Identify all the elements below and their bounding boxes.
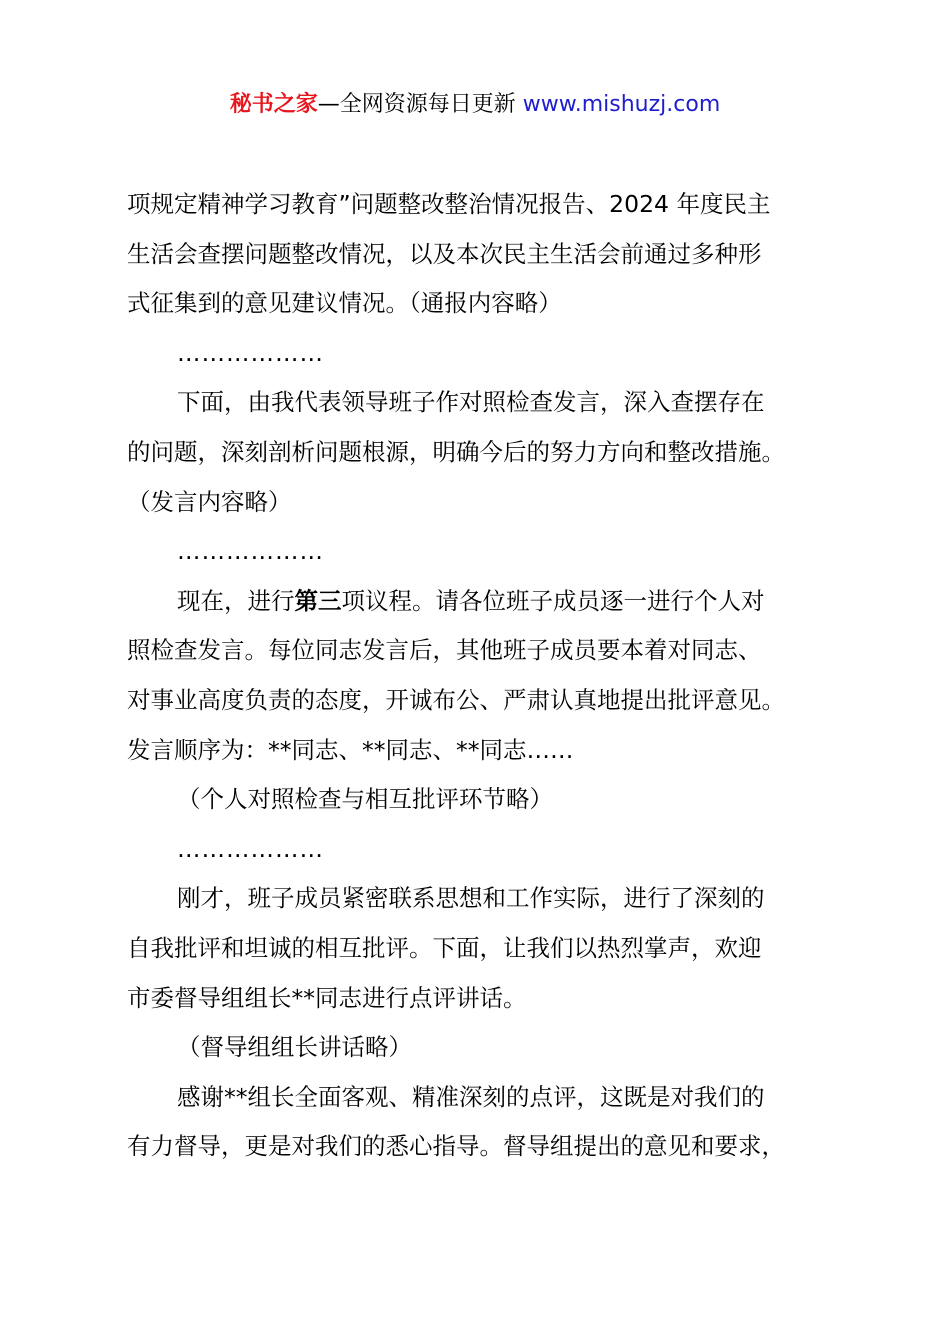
text-line: 市委督导组组长**同志进行点评讲话。 bbox=[127, 974, 833, 1024]
text-segment: 现在，进行 bbox=[177, 587, 295, 615]
text-line: 的问题，深刻剖析问题根源，明确今后的努力方向和整改措施。 bbox=[127, 428, 833, 478]
document-body: 项规定精神学习教育”问题整改整治情况报告、2024 年度民主 生活会查摆问题整改… bbox=[127, 180, 833, 1172]
ellipsis-separator: ……………… bbox=[127, 329, 833, 379]
text-line: 感谢**组长全面客观、精准深刻的点评，这既是对我们的 bbox=[127, 1073, 833, 1123]
text-line: 生活会查摆问题整改情况，以及本次民主生活会前通过多种形 bbox=[127, 230, 833, 280]
site-url: www.mishuzj.com bbox=[523, 92, 720, 117]
text-segment: 项议程。请各位班子成员逐一进行个人对 bbox=[342, 587, 765, 615]
text-line: 自我批评和坦诚的相互批评。下面，让我们以热烈掌声，欢迎 bbox=[127, 924, 833, 974]
text-line: 照检查发言。每位同志发言后，其他班子成员要本着对同志、 bbox=[127, 626, 833, 676]
text-line: （督导组组长讲话略） bbox=[127, 1023, 833, 1073]
ellipsis-separator: ……………… bbox=[127, 825, 833, 875]
text-line: 刚才，班子成员紧密联系思想和工作实际，进行了深刻的 bbox=[127, 874, 833, 924]
text-line: 式征集到的意见建议情况。（通报内容略） bbox=[127, 279, 833, 329]
text-line: 项规定精神学习教育”问题整改整治情况报告、2024 年度民主 bbox=[127, 180, 833, 230]
brand-name: 秘书之家 bbox=[230, 92, 318, 117]
text-line: 有力督导，更是对我们的悉心指导。督导组提出的意见和要求， bbox=[127, 1122, 833, 1172]
bold-agenda-number: 第三 bbox=[295, 587, 342, 615]
text-line: 现在，进行第三项议程。请各位班子成员逐一进行个人对 bbox=[127, 577, 833, 627]
text-line: 下面，由我代表领导班子作对照检查发言，深入查摆存在 bbox=[127, 378, 833, 428]
header-tagline: —全网资源每日更新 bbox=[318, 92, 523, 117]
ellipsis-separator: ……………… bbox=[127, 527, 833, 577]
text-line: （个人对照检查与相互批评环节略） bbox=[127, 775, 833, 825]
text-line: 对事业高度负责的态度，开诚布公、严肃认真地提出批评意见。 bbox=[127, 676, 833, 726]
text-line: （发言内容略） bbox=[127, 478, 833, 528]
watermark-header: 秘书之家—全网资源每日更新 www.mishuzj.com bbox=[0, 88, 950, 122]
text-line: 发言顺序为：**同志、**同志、**同志…… bbox=[127, 726, 833, 776]
